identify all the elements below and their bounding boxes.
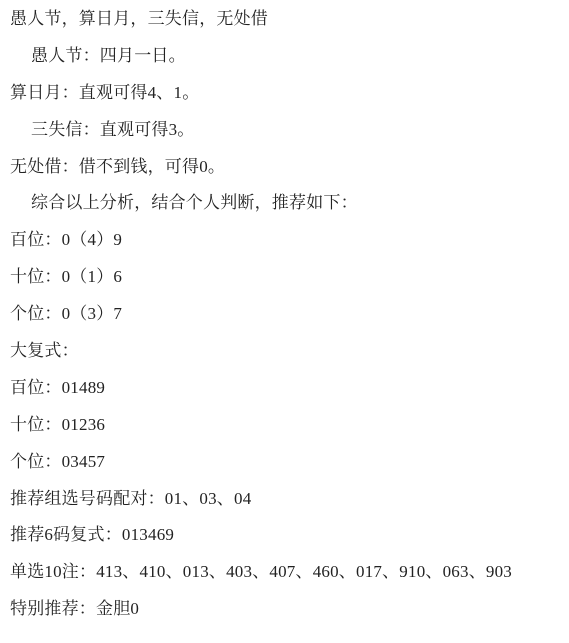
doc-line-summary: 综合以上分析，结合个人判断，推荐如下： [10,185,561,222]
doc-line-tens: 十位：0（1）6 [10,259,561,296]
doc-line-headline: 愚人节，算日月，三失信，无处借 [10,1,561,38]
doc-line-san-shixin: 三失信：直观可得3。 [10,112,561,149]
doc-line-special-recommend: 特别推荐：金胆0 [10,591,561,628]
document-body: 愚人节，算日月，三失信，无处借 愚人节：四月一日。 算日月：直观可得4、1。 三… [0,0,569,628]
doc-line-hundreds: 百位：0（4）9 [10,222,561,259]
doc-line-six-code-compound: 推荐6码复式：013469 [10,517,561,554]
doc-line-compound-ones: 个位：03457 [10,444,561,481]
doc-line-compound-tens: 十位：01236 [10,407,561,444]
doc-line-single-picks: 单选10注：413、410、013、403、407、460、017、910、06… [10,554,561,591]
doc-line-compound-hundreds: 百位：01489 [10,370,561,407]
doc-line-group-pairs: 推荐组选号码配对：01、03、04 [10,481,561,518]
doc-line-wu-chujie: 无处借：借不到钱，可得0。 [10,149,561,186]
doc-line-big-compound-title: 大复式： [10,333,561,370]
doc-line-ones: 个位：0（3）7 [10,296,561,333]
doc-line-fools-day: 愚人节：四月一日。 [10,38,561,75]
article-page: 愚人节，算日月，三失信，无处借 愚人节：四月一日。 算日月：直观可得4、1。 三… [0,0,569,643]
doc-line-suan-riyue: 算日月：直观可得4、1。 [10,75,561,112]
